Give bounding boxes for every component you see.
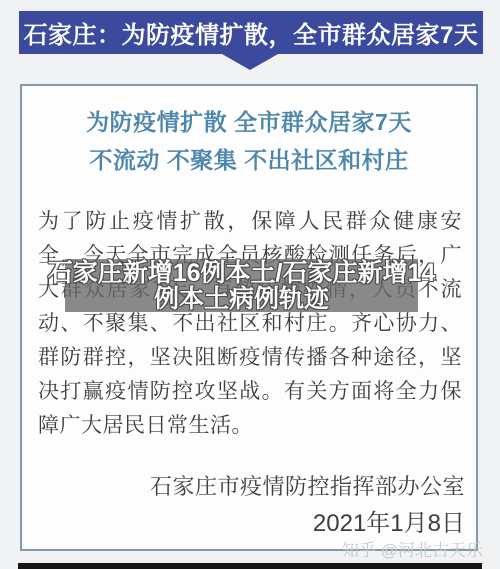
notice-card: 为防疫情扩散 全市群众居家7天 不流动 不聚集 不出社区和村庄 为了防止疫情扩散… bbox=[20, 84, 478, 551]
bottom-bar bbox=[18, 563, 482, 569]
signature-office: 石家庄市疫情防控指挥部办公室 bbox=[150, 472, 465, 502]
body-line: 群防群控，坚决阻断疫情传播各种途径，坚 bbox=[38, 341, 462, 375]
signature-block: 石家庄市疫情防控指挥部办公室 2021年1月8日 bbox=[150, 472, 465, 542]
watermark-credit: 知乎 @河北古天乐 bbox=[342, 536, 483, 561]
caption-overlay: 石家庄新增16例本土/石家庄新增14 例本土病例轨迹 bbox=[65, 259, 418, 312]
banner-pointer-icon bbox=[222, 54, 278, 70]
body-line: 决打赢疫情防控攻坚战。有关方面将全力保 bbox=[38, 375, 462, 409]
headline-text: 石家庄：为防疫情扩散，全市群众居家7天 bbox=[24, 15, 479, 50]
headline-banner: 石家庄：为防疫情扩散，全市群众居家7天 bbox=[19, 11, 483, 54]
notice-image: 石家庄：为防疫情扩散，全市群众居家7天 为防疫情扩散 全市群众居家7天 不流动 … bbox=[0, 0, 500, 569]
card-heading: 为防疫情扩散 全市群众居家7天 不流动 不聚集 不出社区和村庄 bbox=[22, 103, 476, 179]
caption-line2: 例本土病例轨迹 bbox=[154, 286, 329, 312]
card-heading-line1: 为防疫情扩散 全市群众居家7天 bbox=[22, 103, 476, 141]
body-line: 为了防止疫情扩散，保障人民群众健康安 bbox=[38, 205, 462, 239]
body-line: 障广大居民日常生活。 bbox=[38, 409, 462, 443]
notice-body: 为了防止疫情扩散，保障人民群众健康安 全，今天全市完成全员核酸检测任务后，广 大… bbox=[38, 205, 462, 443]
caption-line1: 石家庄新增16例本土/石家庄新增14 bbox=[48, 260, 436, 286]
card-heading-line2: 不流动 不聚集 不出社区和村庄 bbox=[22, 141, 476, 179]
